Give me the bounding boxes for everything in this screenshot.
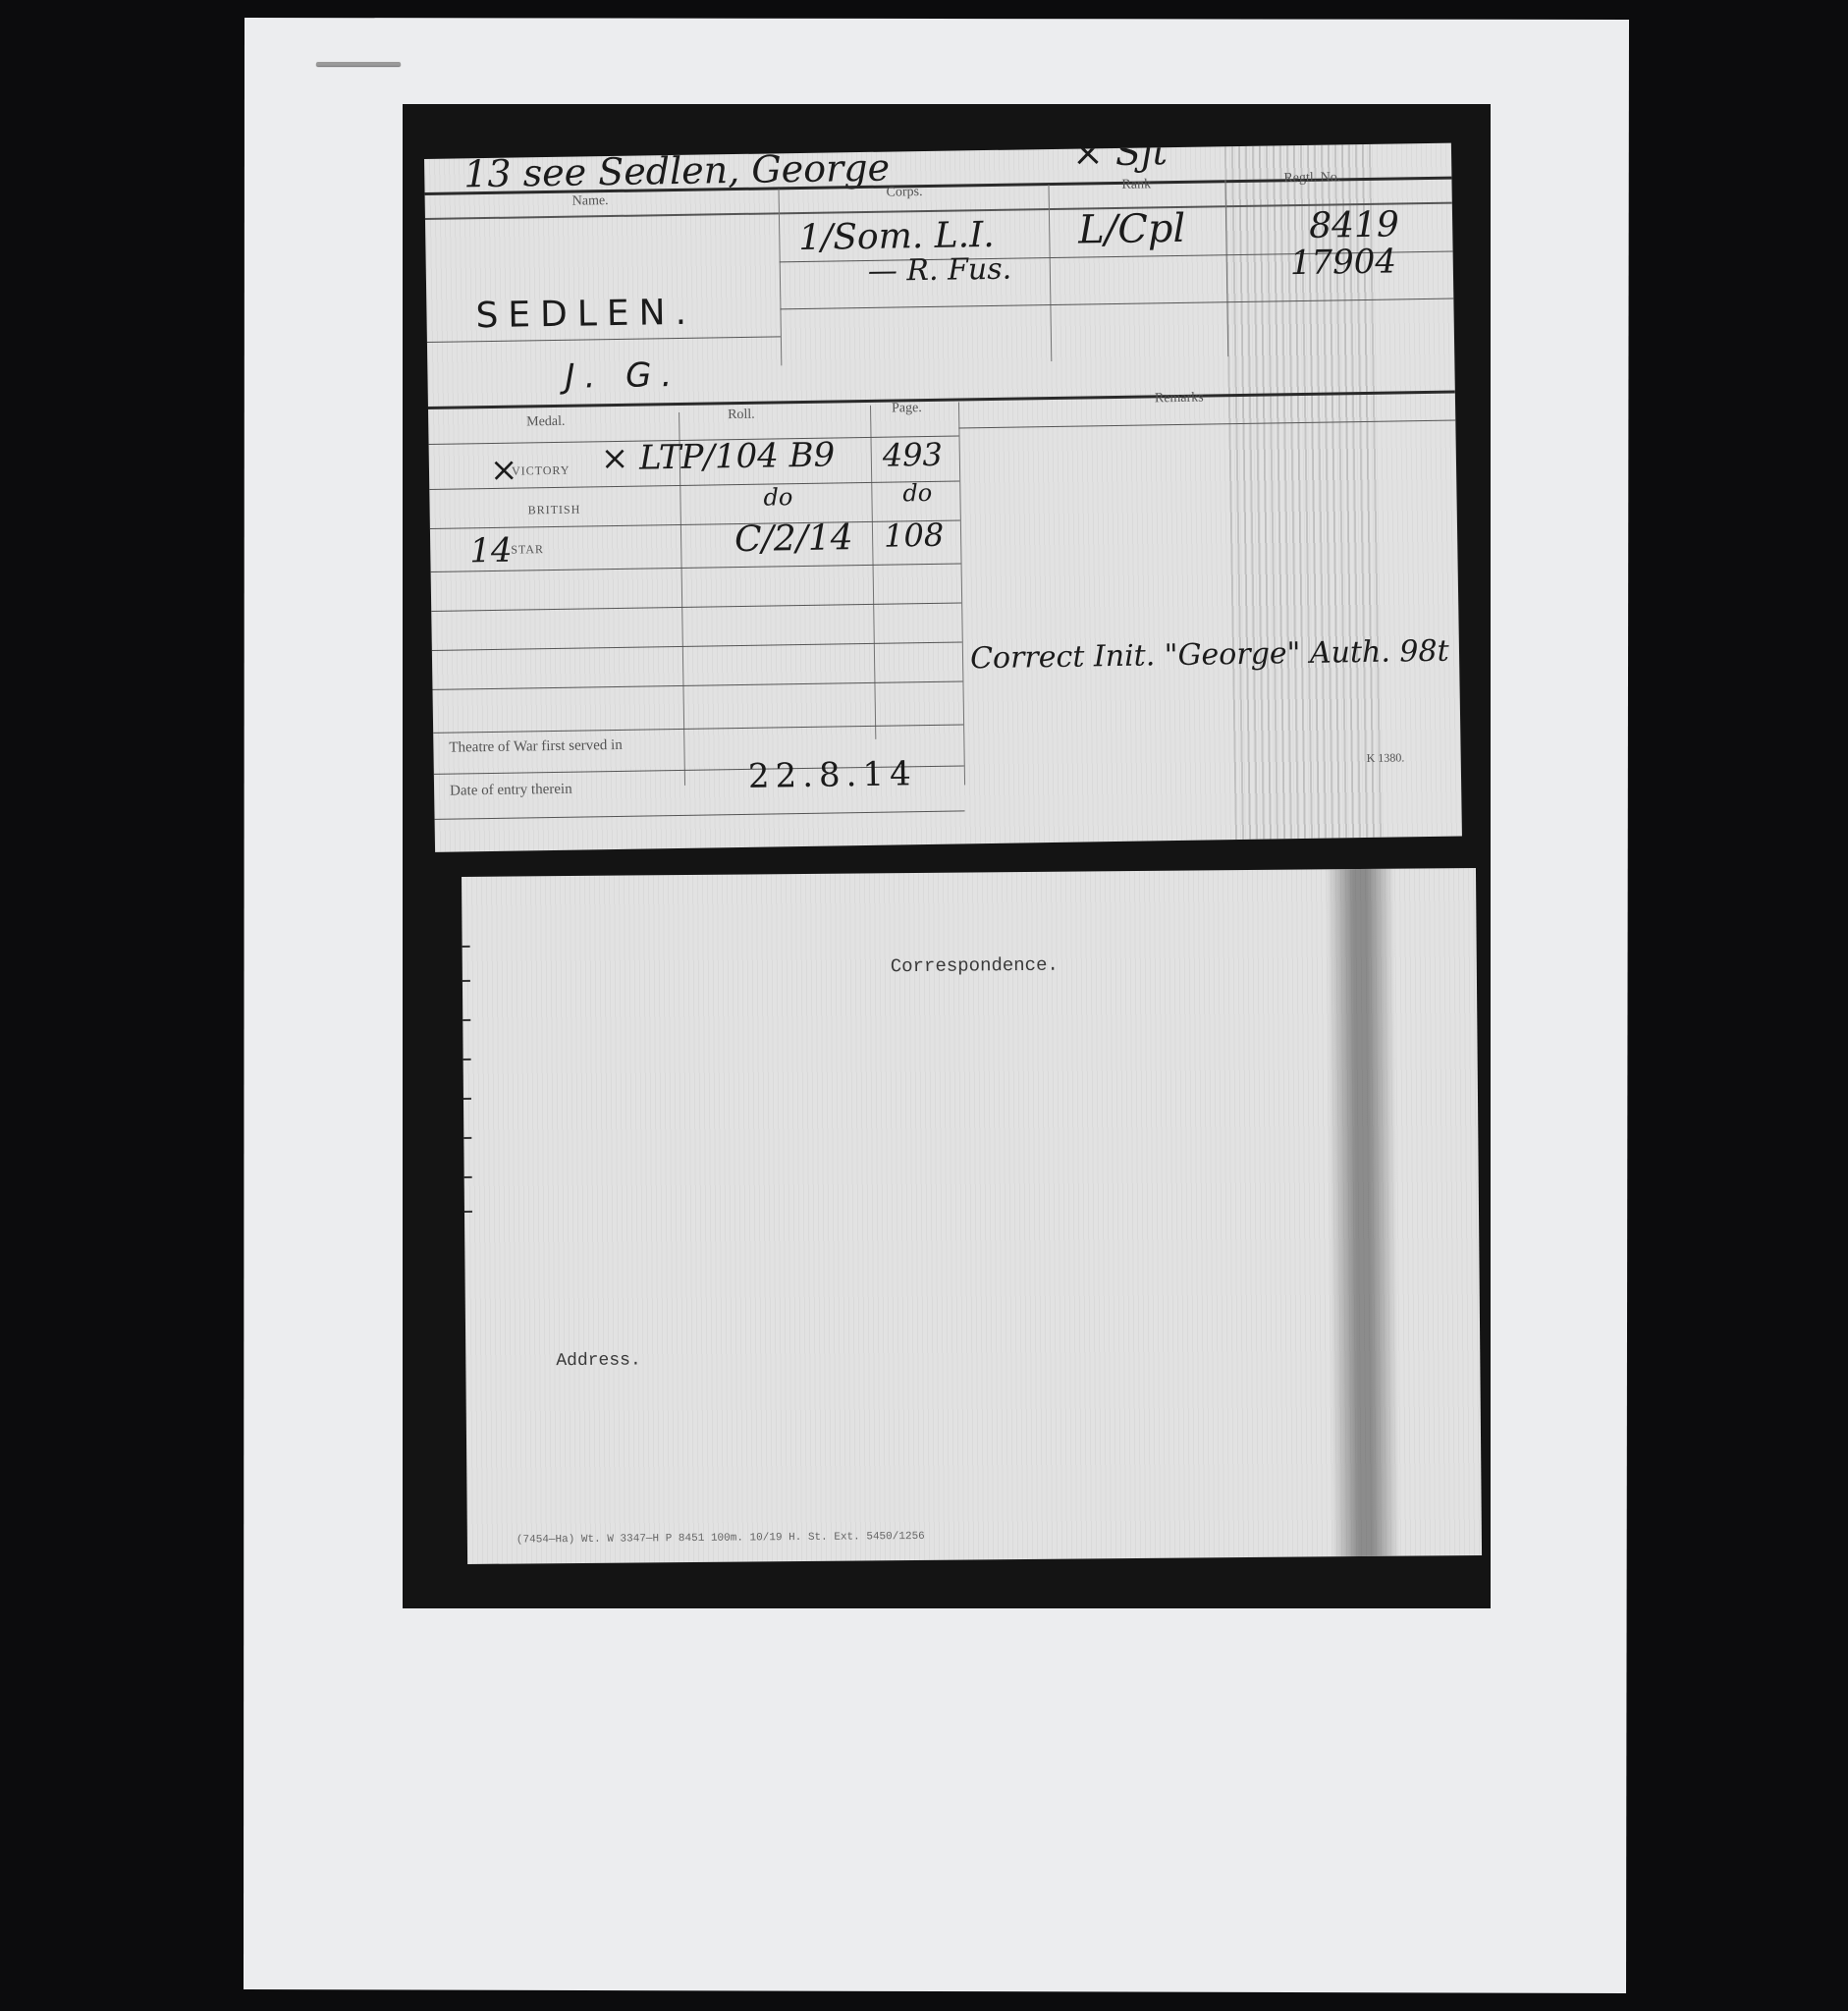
medal-index-card-back: Correspondence. Address. (7454—Ha) Wt. W… bbox=[462, 868, 1482, 1564]
rule bbox=[432, 680, 962, 689]
surname: SEDLEN. bbox=[475, 293, 696, 337]
label-roll: Roll. bbox=[728, 408, 755, 423]
label-theatre: Theatre of War first served in bbox=[449, 737, 623, 757]
column-divider bbox=[958, 402, 965, 785]
column-divider bbox=[870, 406, 876, 739]
rule bbox=[427, 336, 781, 343]
rule bbox=[431, 602, 961, 611]
remarks-note: Correct Init. "George" Auth. 98t bbox=[970, 634, 1449, 677]
medal-star-page: 108 bbox=[884, 516, 945, 555]
medal-star-mark: 14 bbox=[469, 531, 513, 571]
staple bbox=[316, 62, 401, 66]
label-name: Name. bbox=[572, 193, 609, 210]
medal-british-label: BRITISH bbox=[528, 503, 581, 518]
label-date-of-entry: Date of entry therein bbox=[450, 782, 572, 800]
rule bbox=[958, 420, 1455, 429]
corps-line-2: — R. Fus. bbox=[868, 252, 1012, 289]
label-medal: Medal. bbox=[526, 414, 566, 431]
column-divider bbox=[779, 189, 783, 365]
address-label: Address. bbox=[556, 1350, 641, 1371]
label-rank: Rank bbox=[1121, 177, 1151, 192]
date-of-entry-value: 22.8.14 bbox=[748, 754, 917, 796]
label-page: Page. bbox=[892, 401, 922, 416]
correspondence-heading: Correspondence. bbox=[891, 954, 1059, 977]
form-number: K 1380. bbox=[1367, 750, 1405, 766]
printer-imprint: (7454—Ha) Wt. W 3347—H P 8451 100m. 10/1… bbox=[516, 1531, 925, 1547]
regtl-no-2: 17904 bbox=[1289, 242, 1396, 283]
medal-british-roll: do bbox=[763, 483, 792, 511]
medal-star-roll: C/2/14 bbox=[734, 517, 853, 560]
medal-victory-label: VICTORY bbox=[512, 463, 571, 479]
margin-tick bbox=[462, 946, 470, 948]
scan-streak bbox=[1326, 869, 1400, 1557]
margin-tick bbox=[462, 1019, 470, 1021]
rule bbox=[430, 519, 960, 528]
medal-british-page: do bbox=[902, 479, 932, 507]
margin-tick bbox=[462, 1137, 471, 1139]
margin-tick bbox=[462, 980, 470, 982]
medal-star-label: STAR bbox=[511, 542, 544, 558]
rule bbox=[435, 810, 965, 819]
regtl-no-1: 8419 bbox=[1309, 204, 1399, 245]
label-remarks: Remarks bbox=[1155, 391, 1204, 408]
margin-tick bbox=[462, 1098, 471, 1100]
rule bbox=[432, 641, 962, 650]
column-divider bbox=[1048, 185, 1052, 361]
rule bbox=[433, 724, 963, 733]
initials: J. G. bbox=[565, 355, 681, 397]
rank-value: L/Cpl bbox=[1078, 206, 1186, 253]
medal-victory-page: 493 bbox=[882, 436, 943, 474]
medal-index-card-front: 13 see Sedlen, George × Sjt Name. Corps.… bbox=[424, 143, 1462, 852]
label-corps: Corps. bbox=[886, 185, 922, 201]
margin-tick bbox=[462, 1059, 471, 1060]
rule bbox=[780, 299, 1453, 310]
medal-victory-roll: × LTP/104 B9 bbox=[601, 435, 836, 478]
label-regtl-no: Regtl. No. bbox=[1283, 170, 1340, 187]
